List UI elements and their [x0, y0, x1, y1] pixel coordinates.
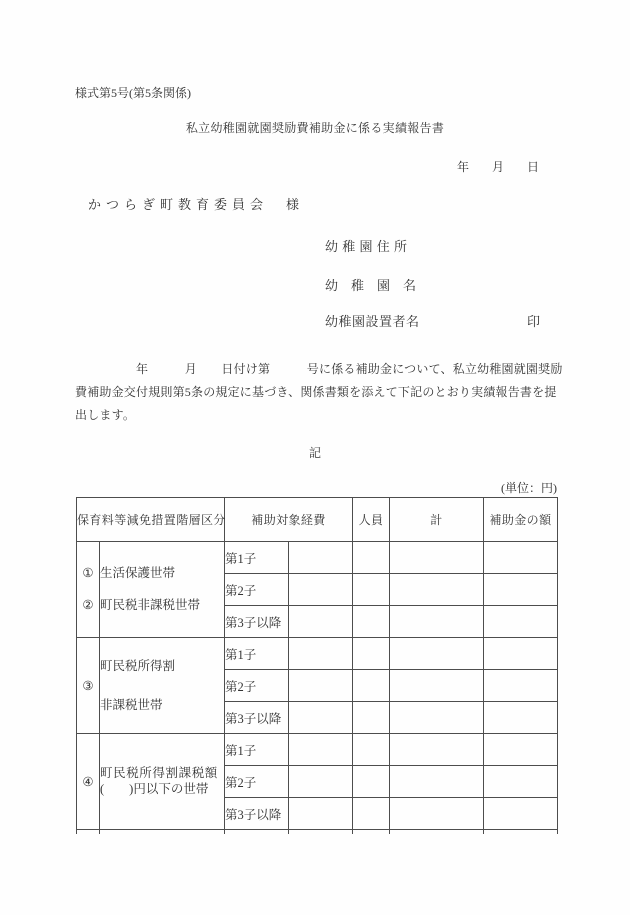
personnel-count-cell [353, 574, 390, 606]
report-table: 保育料等減免措置階層区分 補助対象経費 人員 計 補助金の額 ① ② 生活保護世… [76, 497, 558, 830]
personnel-count-cell [353, 798, 390, 830]
personnel-count-cell [353, 766, 390, 798]
child-rank-cell: 第3子以降 [225, 702, 289, 734]
personnel-count-cell [353, 606, 390, 638]
body-line-2: 費補助金交付規則第5条の規定に基づき、関係書類を添えて下記のとおり実績報告書を提 [75, 381, 563, 404]
subsidy-amount-cell [484, 798, 558, 830]
subsidy-amount-cell [484, 702, 558, 734]
category-line: 生活保護世帯 [100, 566, 224, 581]
date-year-label: 年 [457, 158, 469, 175]
subsidy-amount-cell [484, 542, 558, 574]
child-rank-cell: 第2子 [225, 670, 289, 702]
table-continuation-line [76, 830, 77, 834]
child-rank-cell: 第2子 [225, 766, 289, 798]
child-rank-cell: 第1子 [225, 638, 289, 670]
record-heading: 記 [0, 444, 630, 461]
category-line: 非課税世帯 [100, 698, 224, 713]
total-cell [390, 574, 484, 606]
total-cell [390, 766, 484, 798]
col-header-total: 計 [390, 498, 484, 542]
personnel-count-cell [353, 734, 390, 766]
group1-category-cell: 生活保護世帯 町民税非課税世帯 [100, 542, 225, 638]
founder-name-label: 幼稚園設置者名 [325, 311, 420, 330]
col-header-personnel: 人員 [353, 498, 390, 542]
expense-amount-cell [289, 574, 353, 606]
date-day-label: 日 [527, 158, 539, 175]
expense-amount-cell [289, 542, 353, 574]
table-continuation-line [483, 830, 484, 834]
expense-amount-cell [289, 798, 353, 830]
expense-amount-cell [289, 638, 353, 670]
kindergarten-name-label: 幼 稚 園 名 [325, 275, 416, 294]
category-line: 町民税所得割課税額 [100, 766, 224, 781]
circled-number-2: ② [77, 598, 99, 613]
body-paragraph: 年 月 日付け第 号に係る補助金について、私立幼稚園就園奨励 費補助金交付規則第… [75, 358, 563, 427]
total-cell [390, 606, 484, 638]
personnel-count-cell [353, 670, 390, 702]
table-cut-stub [76, 830, 558, 834]
group2-category-cell: 町民税所得割 非課税世帯 [100, 638, 225, 734]
category-line: ( )円以下の世帯 [100, 782, 224, 797]
date-month-label: 月 [492, 158, 504, 175]
circled-number-1: ① [77, 566, 99, 581]
form-number: 様式第5号(第5条関係) [75, 84, 191, 101]
expense-amount-cell [289, 606, 353, 638]
child-rank-cell: 第3子以降 [225, 798, 289, 830]
personnel-count-cell [353, 702, 390, 734]
kindergarten-address-label: 幼 稚 園 住 所 [325, 236, 408, 255]
body-line-3: 出します。 [75, 404, 563, 427]
group2-number-cell: ③ [77, 638, 100, 734]
expense-amount-cell [289, 702, 353, 734]
category-line: 町民税非課税世帯 [100, 598, 224, 613]
document-title: 私立幼稚園就園奨励費補助金に係る実績報告書 [0, 119, 630, 136]
personnel-count-cell [353, 638, 390, 670]
group3-category-cell: 町民税所得割課税額 ( )円以下の世帯 [100, 734, 225, 830]
child-rank-cell: 第1子 [225, 734, 289, 766]
total-cell [390, 638, 484, 670]
child-rank-cell: 第1子 [225, 542, 289, 574]
subsidy-amount-cell [484, 574, 558, 606]
child-rank-cell: 第2子 [225, 574, 289, 606]
expense-amount-cell [289, 734, 353, 766]
table-continuation-line [99, 830, 100, 834]
body-line-1: 年 月 日付け第 号に係る補助金について、私立幼稚園就園奨励 [75, 358, 563, 381]
group3-number-cell: ④ [77, 734, 100, 830]
col-header-subsidy: 補助金の額 [484, 498, 558, 542]
document-page: 様式第5号(第5条関係) 私立幼稚園就園奨励費補助金に係る実績報告書 年 月 日… [0, 0, 630, 915]
total-cell [390, 542, 484, 574]
expense-amount-cell [289, 766, 353, 798]
table-header-row: 保育料等減免措置階層区分 補助対象経費 人員 計 補助金の額 [77, 498, 558, 542]
subsidy-amount-cell [484, 606, 558, 638]
recipient-line: かつらぎ町教育委員会 様 [88, 194, 304, 213]
table-continuation-line [224, 830, 225, 834]
total-cell [390, 798, 484, 830]
personnel-count-cell [353, 542, 390, 574]
date-line: 年 月 日 [457, 158, 539, 175]
table-continuation-line [352, 830, 353, 834]
table-continuation-line [288, 830, 289, 834]
table-row: ④ 町民税所得割課税額 ( )円以下の世帯 第1子 [77, 734, 558, 766]
table-row: ① ② 生活保護世帯 町民税非課税世帯 第1子 [77, 542, 558, 574]
category-line: 町民税所得割 [100, 659, 224, 674]
subsidy-amount-cell [484, 670, 558, 702]
col-header-expense: 補助対象経費 [225, 498, 353, 542]
seal-mark: 印 [527, 311, 540, 330]
total-cell [390, 734, 484, 766]
table-row: ③ 町民税所得割 非課税世帯 第1子 [77, 638, 558, 670]
group1-number-cell: ① ② [77, 542, 100, 638]
unit-note: (単位：円) [501, 479, 557, 496]
col-header-category: 保育料等減免措置階層区分 [77, 498, 225, 542]
subsidy-amount-cell [484, 766, 558, 798]
total-cell [390, 702, 484, 734]
subsidy-amount-cell [484, 638, 558, 670]
table-continuation-line [389, 830, 390, 834]
expense-amount-cell [289, 670, 353, 702]
table-continuation-line [557, 830, 558, 834]
subsidy-amount-cell [484, 734, 558, 766]
total-cell [390, 670, 484, 702]
child-rank-cell: 第3子以降 [225, 606, 289, 638]
